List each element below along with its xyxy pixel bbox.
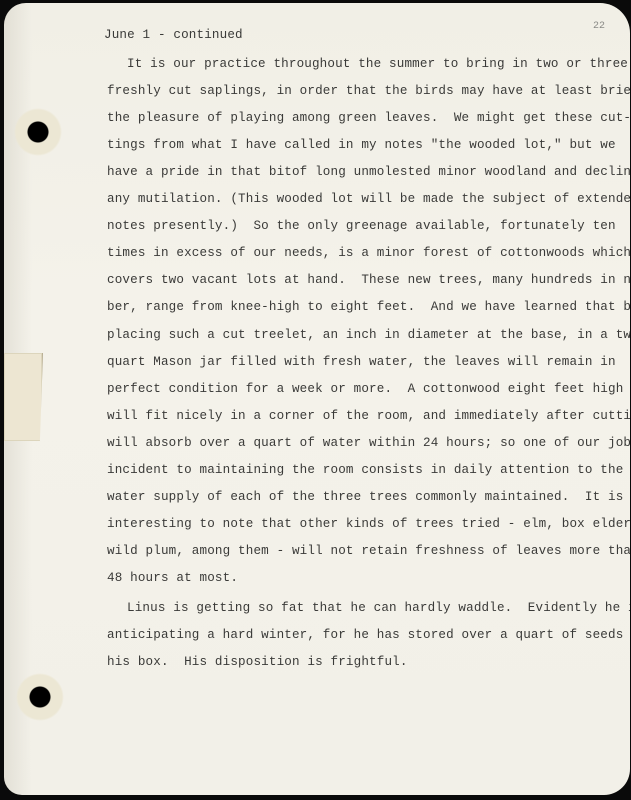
text-line: tings from what I have called in my note… [107, 138, 616, 152]
text-line: covers two vacant lots at hand. These ne… [107, 273, 630, 287]
punch-hole-bottom [16, 673, 64, 721]
text-line: wild plum, among them - will not retain … [107, 544, 630, 558]
text-line: will fit nicely in a corner of the room,… [107, 409, 630, 423]
text-line: freshly cut saplings, in order that the … [107, 84, 630, 98]
text-line: placing such a cut treelet, an inch in d… [107, 328, 630, 342]
binding-tape [4, 353, 43, 441]
text-line: perfect condition for a week or more. A … [107, 382, 623, 396]
text-line: times in excess of our needs, is a minor… [107, 246, 630, 260]
typed-page: 22 June 1 - continued It is our practice… [4, 3, 630, 795]
text-line: quart Mason jar filled with fresh water,… [107, 355, 616, 369]
text-line: will absorb over a quart of water within… [107, 436, 630, 450]
text-line: have a pride in that bitof long unmolest… [107, 165, 630, 179]
text-line: ber, range from knee-high to eight feet.… [107, 300, 630, 314]
text-line: 48 hours at most. [107, 571, 238, 585]
text-line: water supply of each of the three trees … [107, 490, 623, 504]
text-line: notes presently.) So the only greenage a… [107, 219, 616, 233]
punch-hole-top [14, 108, 62, 156]
text-line: interesting to note that other kinds of … [107, 517, 630, 531]
entry-heading: June 1 - continued [104, 28, 243, 42]
text-line: It is our practice throughout the summer… [127, 57, 628, 71]
page-number: 22 [593, 21, 605, 32]
text-line: anticipating a hard winter, for he has s… [107, 628, 630, 642]
text-line: incident to maintaining the room consist… [107, 463, 623, 477]
text-line: Linus is getting so fat that he can hard… [127, 601, 630, 615]
text-line: any mutilation. (This wooded lot will be… [107, 192, 630, 206]
text-line: his box. His disposition is frightful. [107, 655, 408, 669]
text-line: the pleasure of playing among green leav… [107, 111, 630, 125]
